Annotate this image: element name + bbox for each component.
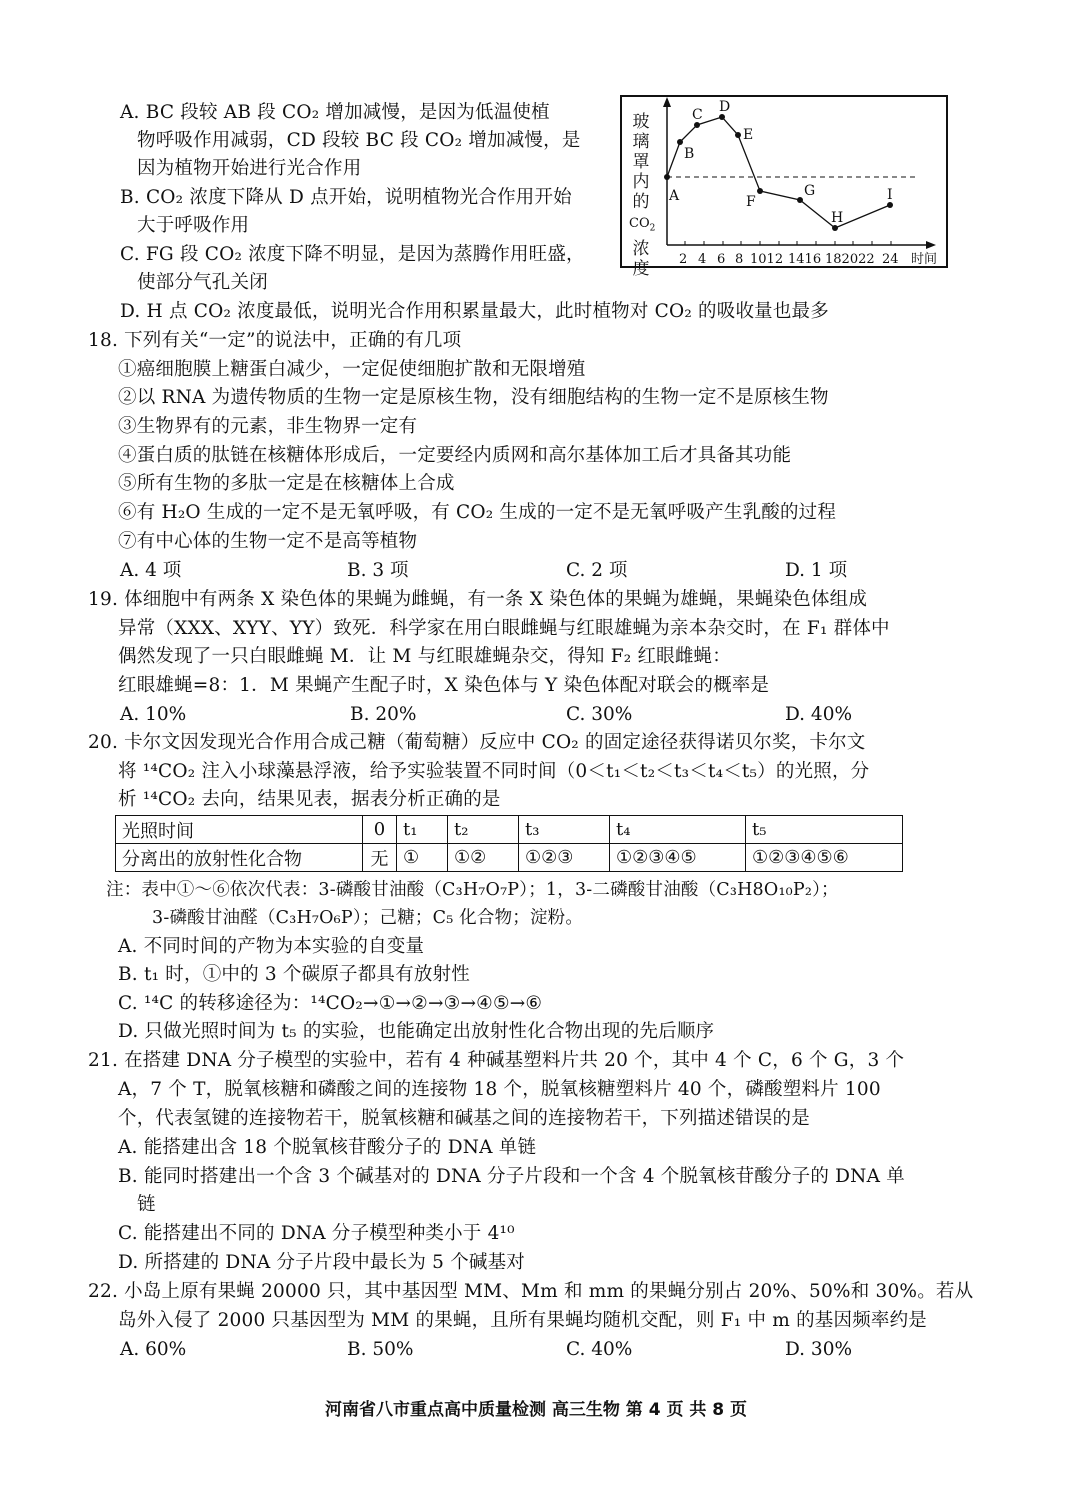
q18-option-a: A. 4 项 <box>120 559 181 583</box>
svg-text:D: D <box>719 99 730 115</box>
q17-a-line2: 物呼吸作用减弱，CD 段较 BC 段 CO₂ 增加减慢，是 <box>137 129 581 153</box>
q20-note-line-2: 3-磷酸甘油醛（C₃H₇O₆P）；己糖；C₅ 化合物；淀粉。 <box>152 906 583 930</box>
q20-option-a: A. 不同时间的产物为本实验的自变量 <box>118 935 424 959</box>
row-header-time: 光照时间 <box>116 816 363 844</box>
q21-line-2: A，7 个 T，脱氧核糖和磷酸之间的连接物 18 个，脱氧核糖塑料片 40 个，… <box>118 1078 881 1102</box>
q18-item-3: ③生物界有的元素，非生物界一定有 <box>118 415 417 439</box>
q21-option-b-cont: 链 <box>137 1193 156 1217</box>
q19-line-3: 偶然发现了一只白眼雌蝇 M．让 M 与红眼雄蝇杂交，得知 F₂ 红眼雌蝇： <box>118 645 731 669</box>
q22-option-c: C. 40% <box>566 1338 632 1362</box>
q20-results-table: 光照时间 0 t₁ t₂ t₃ t₄ t₅ 分离出的放射性化合物 无 ① ①② … <box>115 815 903 872</box>
cell-compound-t4: ①②③④⑤ <box>610 844 746 872</box>
svg-text:24: 24 <box>882 252 899 267</box>
svg-text:A: A <box>668 188 680 204</box>
cell-compound-t1: ① <box>397 844 448 872</box>
page-footer: 河南省八市重点高中质量检测 高三生物 第 4 页 共 8 页 <box>0 1395 1072 1420</box>
q22-option-d: D. 30% <box>785 1338 852 1362</box>
svg-text:182022: 182022 <box>825 252 875 267</box>
q18-option-d: D. 1 项 <box>785 559 847 583</box>
cell-time-t5: t₅ <box>746 816 903 844</box>
q18-option-c: C. 2 项 <box>566 559 627 583</box>
q22-option-a: A. 60% <box>120 1338 186 1362</box>
svg-text:1012: 1012 <box>750 252 783 267</box>
q20-option-c: C. ¹⁴C 的转移途径为：¹⁴CO₂→①→②→③→④⑤→⑥ <box>118 992 542 1016</box>
cell-time-t1: t₁ <box>397 816 448 844</box>
q18-item-6: ⑥有 H₂O 生成的一定不是无氧呼吸，有 CO₂ 生成的一定不是无氧呼吸产生乳酸… <box>118 501 836 525</box>
svg-text:6: 6 <box>717 252 725 267</box>
q18-item-5: ⑤所有生物的多肽一定是在核糖体上合成 <box>118 472 455 496</box>
q20-option-b: B. t₁ 时，①中的 3 个碳原子都具有放射性 <box>118 963 470 987</box>
q19-line-4: 红眼雄蝇=8：1．M 果蝇产生配子时，X 染色体与 Y 染色体配对联会的概率是 <box>118 674 769 698</box>
chart-plot: ABC DEF GHI 2468 10121416182022 24时间 <box>620 95 948 268</box>
q17-b-line1: B. CO₂ 浓度下降从 D 点开始，说明植物光合作用开始 <box>120 186 572 210</box>
q17-c-line1: C. FG 段 CO₂ 浓度下降不明显，是因为蒸腾作用旺盛， <box>120 243 585 267</box>
co2-curve <box>667 117 890 228</box>
q18-stem: 18. 下列有关“一定”的说法中，正确的有几项 <box>88 329 461 353</box>
cell-compound-0: 无 <box>363 844 397 872</box>
svg-text:G: G <box>804 183 815 199</box>
svg-text:4: 4 <box>698 252 706 267</box>
q17-c-line2: 使部分气孔关闭 <box>137 271 268 295</box>
q19-line-2: 异常（XXX、XYY、YY）致死．科学家在用白眼雌蝇与红眼雄蝇为亲本杂交时，在 … <box>118 617 890 641</box>
svg-text:时间: 时间 <box>911 251 937 267</box>
q20-line-3: 析 ¹⁴CO₂ 去向，结果见表，据表分析正确的是 <box>118 788 501 812</box>
q21-line-1: 21. 在搭建 DNA 分子模型的实验中，若有 4 种碱基塑料片共 20 个，其… <box>88 1049 904 1073</box>
q17-option-d: D. H 点 CO₂ 浓度最低，说明光合作用积累量最大，此时植物对 CO₂ 的吸… <box>120 300 829 324</box>
q20-line-2: 将 ¹⁴CO₂ 注入小球藻悬浮液，给予实验装置不同时间（0＜t₁＜t₂＜t₃＜t… <box>118 760 869 784</box>
q19-option-b: B. 20% <box>350 703 416 727</box>
q22-option-b: B. 50% <box>347 1338 413 1362</box>
svg-text:F: F <box>746 194 756 210</box>
q20-option-d: D. 只做光照时间为 t₅ 的实验，也能确定出放射性化合物出现的先后顺序 <box>118 1020 714 1044</box>
q19-line-1: 19. 体细胞中有两条 X 染色体的果蝇为雌蝇，有一条 X 染色体的果蝇为雄蝇，… <box>88 588 867 612</box>
cell-time-t4: t₄ <box>610 816 746 844</box>
q19-option-d: D. 40% <box>785 703 852 727</box>
cell-compound-t3: ①②③ <box>519 844 610 872</box>
svg-text:1416: 1416 <box>788 252 821 267</box>
table-row-time: 光照时间 0 t₁ t₂ t₃ t₄ t₅ <box>116 816 903 844</box>
q17-a-line3: 因为植物开始进行光合作用 <box>137 157 361 181</box>
q18-item-4: ④蛋白质的肽链在核糖体形成后，一定要经内质网和高尔基体加工后才具备其功能 <box>118 444 791 468</box>
q20-note-line-1: 注：表中①～⑥依次代表：3-磷酸甘油酸（C₃H₇O₇P）；1，3-二磷酸甘油酸（… <box>106 878 839 902</box>
q21-option-b: B. 能同时搭建出一个含 3 个碱基对的 DNA 分子片段和一个含 4 个脱氧核… <box>118 1165 905 1189</box>
y-axis-arrow-icon <box>663 97 671 107</box>
q19-option-c: C. 30% <box>566 703 632 727</box>
q17-a-line1: A. BC 段较 AB 段 CO₂ 增加减慢，是因为低温使植 <box>120 101 550 125</box>
svg-text:C: C <box>692 107 703 123</box>
q20-line-1: 20. 卡尔文因发现光合作用合成己糖（葡萄糖）反应中 CO₂ 的固定途径获得诺贝… <box>88 731 866 755</box>
q18-option-b: B. 3 项 <box>347 559 409 583</box>
q21-option-d: D. 所搭建的 DNA 分子片段中最长为 5 个碱基对 <box>118 1251 525 1275</box>
x-axis-arrow-icon <box>926 241 936 249</box>
q18-item-7: ⑦有中心体的生物一定不是高等植物 <box>118 530 417 554</box>
q22-line-2: 岛外入侵了 2000 只基因型为 MM 的果蝇，且所有果蝇均随机交配，则 F₁ … <box>118 1309 927 1333</box>
row-header-compounds: 分离出的放射性化合物 <box>116 844 363 872</box>
svg-text:I: I <box>887 187 893 203</box>
svg-text:2: 2 <box>679 252 687 267</box>
svg-text:H: H <box>831 210 843 226</box>
svg-text:8: 8 <box>735 252 743 267</box>
cell-compound-t5: ①②③④⑤⑥ <box>746 844 903 872</box>
q17-b-line2: 大于呼吸作用 <box>137 214 249 238</box>
q19-option-a: A. 10% <box>120 703 186 727</box>
q18-item-1: ①癌细胞膜上糖蛋白减少，一定促使细胞扩散和无限增殖 <box>118 358 586 382</box>
q21-line-3: 个，代表氢键的连接物若干，脱氧核糖和碱基之间的连接物若干，下列描述错误的是 <box>118 1107 810 1131</box>
q22-line-1: 22. 小岛上原有果蝇 20000 只，其中基因型 MM、Mm 和 mm 的果蝇… <box>88 1280 973 1304</box>
q21-option-c: C. 能搭建出不同的 DNA 分子模型种类小于 4¹⁰ <box>118 1222 515 1246</box>
q18-item-2: ②以 RNA 为遗传物质的生物一定是原核生物，没有细胞结构的生物一定不是原核生物 <box>118 386 829 410</box>
q21-option-a: A. 能搭建出含 18 个脱氧核苷酸分子的 DNA 单链 <box>118 1136 536 1160</box>
cell-time-t3: t₃ <box>519 816 610 844</box>
cell-time-0: 0 <box>363 816 397 844</box>
svg-text:B: B <box>684 146 694 162</box>
table-row-compounds: 分离出的放射性化合物 无 ① ①② ①②③ ①②③④⑤ ①②③④⑤⑥ <box>116 844 903 872</box>
cell-time-t2: t₂ <box>448 816 519 844</box>
svg-text:E: E <box>743 127 753 143</box>
cell-compound-t2: ①② <box>448 844 519 872</box>
